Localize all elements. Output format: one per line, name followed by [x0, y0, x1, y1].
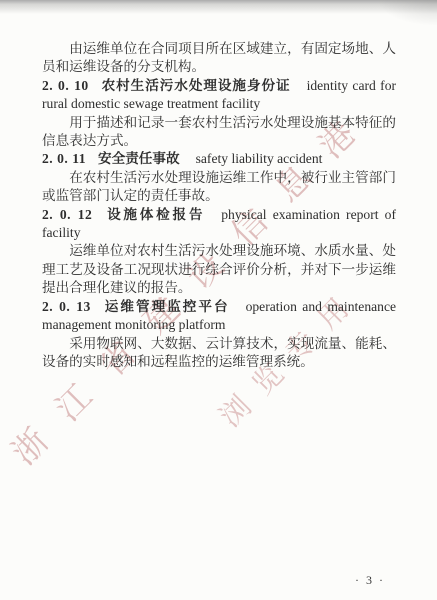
scan-shadow-top	[0, 0, 437, 14]
page-body: 由运维单位在合同项目所在区域建立，有固定场地、人员和运维设备的分支机构。 2. …	[42, 40, 396, 371]
term-heading-2-0-11: 2. 0. 11安全责任事故safety liability accident	[42, 150, 396, 168]
term-definition-2-0-11: 在农村生活污水处理设施运维工作中，被行业主管部门或监管部门认定的责任事故。	[42, 169, 396, 206]
term-definition-2-0-10: 用于描述和记录一套农村生活污水处理设施基本特征的信息表达方式。	[42, 114, 396, 151]
paragraph-branch-definition: 由运维单位在合同项目所在区域建立，有固定场地、人员和运维设备的分支机构。	[42, 40, 396, 77]
document-page: 浙江省建设信息港 浏览专用 由运维单位在合同项目所在区域建立，有固定场地、人员和…	[0, 0, 437, 600]
term-english: safety liability accident	[196, 151, 323, 166]
page-number: · 3 ·	[355, 573, 385, 588]
term-number: 2. 0. 13	[42, 299, 91, 314]
scan-shadow-corner	[377, 0, 437, 26]
term-chinese: 安全责任事故	[98, 151, 180, 166]
term-chinese: 农村生活污水处理设施身份证	[101, 78, 291, 93]
term-english: physical examination report of facility	[42, 207, 396, 240]
term-heading-2-0-13: 2. 0. 13运维管理监控平台operation and maintenanc…	[42, 298, 396, 335]
term-definition-2-0-12: 运维单位对农村生活污水处理设施环境、水质水量、处理工艺及设备工况现状进行综合评价…	[42, 242, 396, 297]
term-heading-2-0-10: 2. 0. 10农村生活污水处理设施身份证identity card for r…	[42, 77, 396, 114]
term-chinese: 设施体检报告	[104, 207, 205, 222]
term-number: 2. 0. 10	[42, 78, 89, 93]
term-number: 2. 0. 11	[42, 151, 86, 166]
term-definition-2-0-13: 采用物联网、大数据、云计算技术，实现流量、能耗、设备的实时感知和远程监控的运维管…	[42, 335, 396, 372]
term-heading-2-0-12: 2. 0. 12设施体检报告physical examination repor…	[42, 206, 396, 243]
term-chinese: 运维管理监控平台	[103, 299, 230, 314]
term-number: 2. 0. 12	[42, 207, 92, 222]
